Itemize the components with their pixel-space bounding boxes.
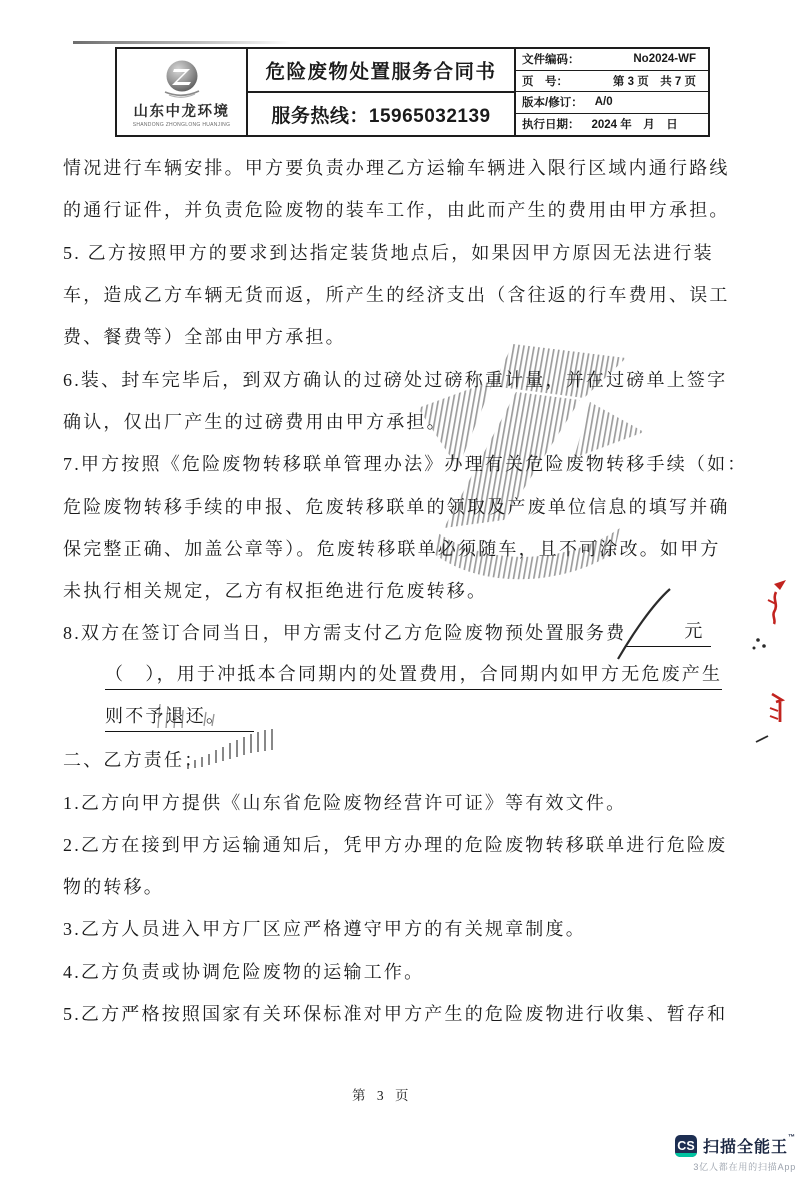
field-label: 页 号： (522, 73, 568, 89)
red-ink-mark (748, 578, 792, 656)
field-value: 2024 年 月 日 (592, 116, 678, 132)
header-table: 山东中龙环境 SHANDONG ZHONGLONG HUANJING 危险废物处… (115, 47, 710, 137)
field-label: 执行日期： (522, 116, 580, 132)
contract-line: 5. 乙方按照甲方的要求到达指定装货地点后，如果因甲方原因无法进行装 (63, 231, 753, 273)
handwritten-slash (612, 585, 676, 663)
company-logo: 山东中龙环境 SHANDONG ZHONGLONG HUANJING (117, 49, 248, 135)
service-hotline: 服务热线：15965032139 (248, 93, 514, 135)
fee-blank-field (626, 625, 676, 643)
contract-line: 物的转移。 (63, 865, 753, 907)
contract-line: 情况进行车辆安排。甲方要负责办理乙方运输车辆进入限行区域内通行路线 (63, 146, 753, 188)
field-value: 第 3 页 共 7 页 (613, 73, 696, 89)
contract-line: 确认，仅出厂产生的过磅费用由甲方承担。 (63, 400, 753, 442)
field-doc-code: 文件编码： No2024-WF (516, 49, 708, 71)
page-number: 第 3 页 (352, 1084, 413, 1104)
contract-line: 4.乙方负责或协调危险废物的运输工作。 (63, 950, 753, 992)
contract-body: 情况进行车辆安排。甲方要负责办理乙方运输车辆进入限行区域内通行路线 的通行证件，… (63, 146, 753, 1034)
fee-underline: 元 (626, 617, 710, 647)
contract-line: 3.乙方人员进入甲方厂区应严格遵守甲方的有关规章制度。 (63, 907, 753, 949)
header-info-grid: 文件编码： No2024-WF 页 号： 第 3 页 共 7 页 版本/修订： … (516, 49, 708, 135)
red-ink-mark (748, 690, 792, 750)
company-name: 山东中龙环境 (134, 100, 230, 121)
header-middle: 危险废物处置服务合同书 服务热线：15965032139 (248, 49, 516, 135)
contract-line: 费、餐费等）全部由甲方承担。 (63, 315, 753, 357)
company-name-en: SHANDONG ZHONGLONG HUANJING (133, 122, 231, 128)
contract-line: 车，造成乙方车辆无货而返，所产生的经济支出（含往返的行车费用、误工 (63, 273, 753, 315)
contract-line: 的通行证件，并负责危险废物的装车工作，由此而产生的费用由甲方承担。 (63, 188, 753, 230)
contract-line: 2.乙方在接到甲方运输通知后，凭甲方办理的危险废物转移联单进行危险废 (63, 823, 753, 865)
contract-line: 7.甲方按照《危险废物转移联单管理办法》办理有关危险废物转移手续（如： (63, 442, 753, 484)
section-heading: 二、乙方责任： (63, 738, 753, 780)
contract-line: 1.乙方向甲方提供《山东省危险废物经营许可证》等有效文件。 (63, 780, 753, 822)
field-value: A/0 (595, 96, 613, 108)
field-page-no: 页 号： 第 3 页 共 7 页 (516, 71, 708, 93)
contract-line: 则不予退还。 (63, 696, 753, 738)
field-value: No2024-WF (633, 53, 696, 65)
field-exec-date: 执行日期： 2024 年 月 日 (516, 114, 708, 136)
camscanner-tagline: 3亿人都在用的扫描App (658, 1160, 796, 1173)
camscanner-icon: CS (675, 1135, 697, 1157)
clause8-text: 8.双方在签订合同当日，甲方需支付乙方危险废物预处置服务费 (63, 619, 626, 645)
document-title: 危险废物处置服务合同书 (248, 49, 514, 93)
contract-line: 保完整正确、加盖公章等）。危废转移联单必须随车，且不可涂改。如甲方 (63, 527, 753, 569)
field-label: 版本/修订： (522, 94, 583, 110)
company-logo-icon (159, 59, 205, 99)
fee-unit: 元 (684, 621, 704, 641)
contract-line: （ ），用于冲抵本合同期内的处置费用，合同期内如甲方无危废产生 (63, 654, 753, 696)
contract-line: 危险废物转移手续的申报、危废转移联单的领取及产废单位信息的填写并确 (63, 484, 753, 526)
scanned-contract-page: { "header": { "logo": { "glyph": "Z", "c… (0, 0, 800, 1177)
scan-edge-artifact (73, 41, 291, 44)
contract-line: 5.乙方严格按照国家有关环保标准对甲方产生的危险废物进行收集、暂存和 (63, 992, 753, 1034)
field-label: 文件编码： (522, 51, 580, 67)
field-version: 版本/修订： A/0 (516, 92, 708, 114)
contract-line: 6.装、封车完毕后，到双方确认的过磅处过磅称重计量，并在过磅单上签字 (63, 357, 753, 399)
camscanner-badge: CS 扫描全能王™ 3亿人都在用的扫描App (658, 1134, 796, 1173)
camscanner-app-name: 扫描全能王™ (703, 1134, 796, 1157)
contract-line-clause8: 8.双方在签订合同当日，甲方需支付乙方危险废物预处置服务费 元 (63, 611, 753, 653)
